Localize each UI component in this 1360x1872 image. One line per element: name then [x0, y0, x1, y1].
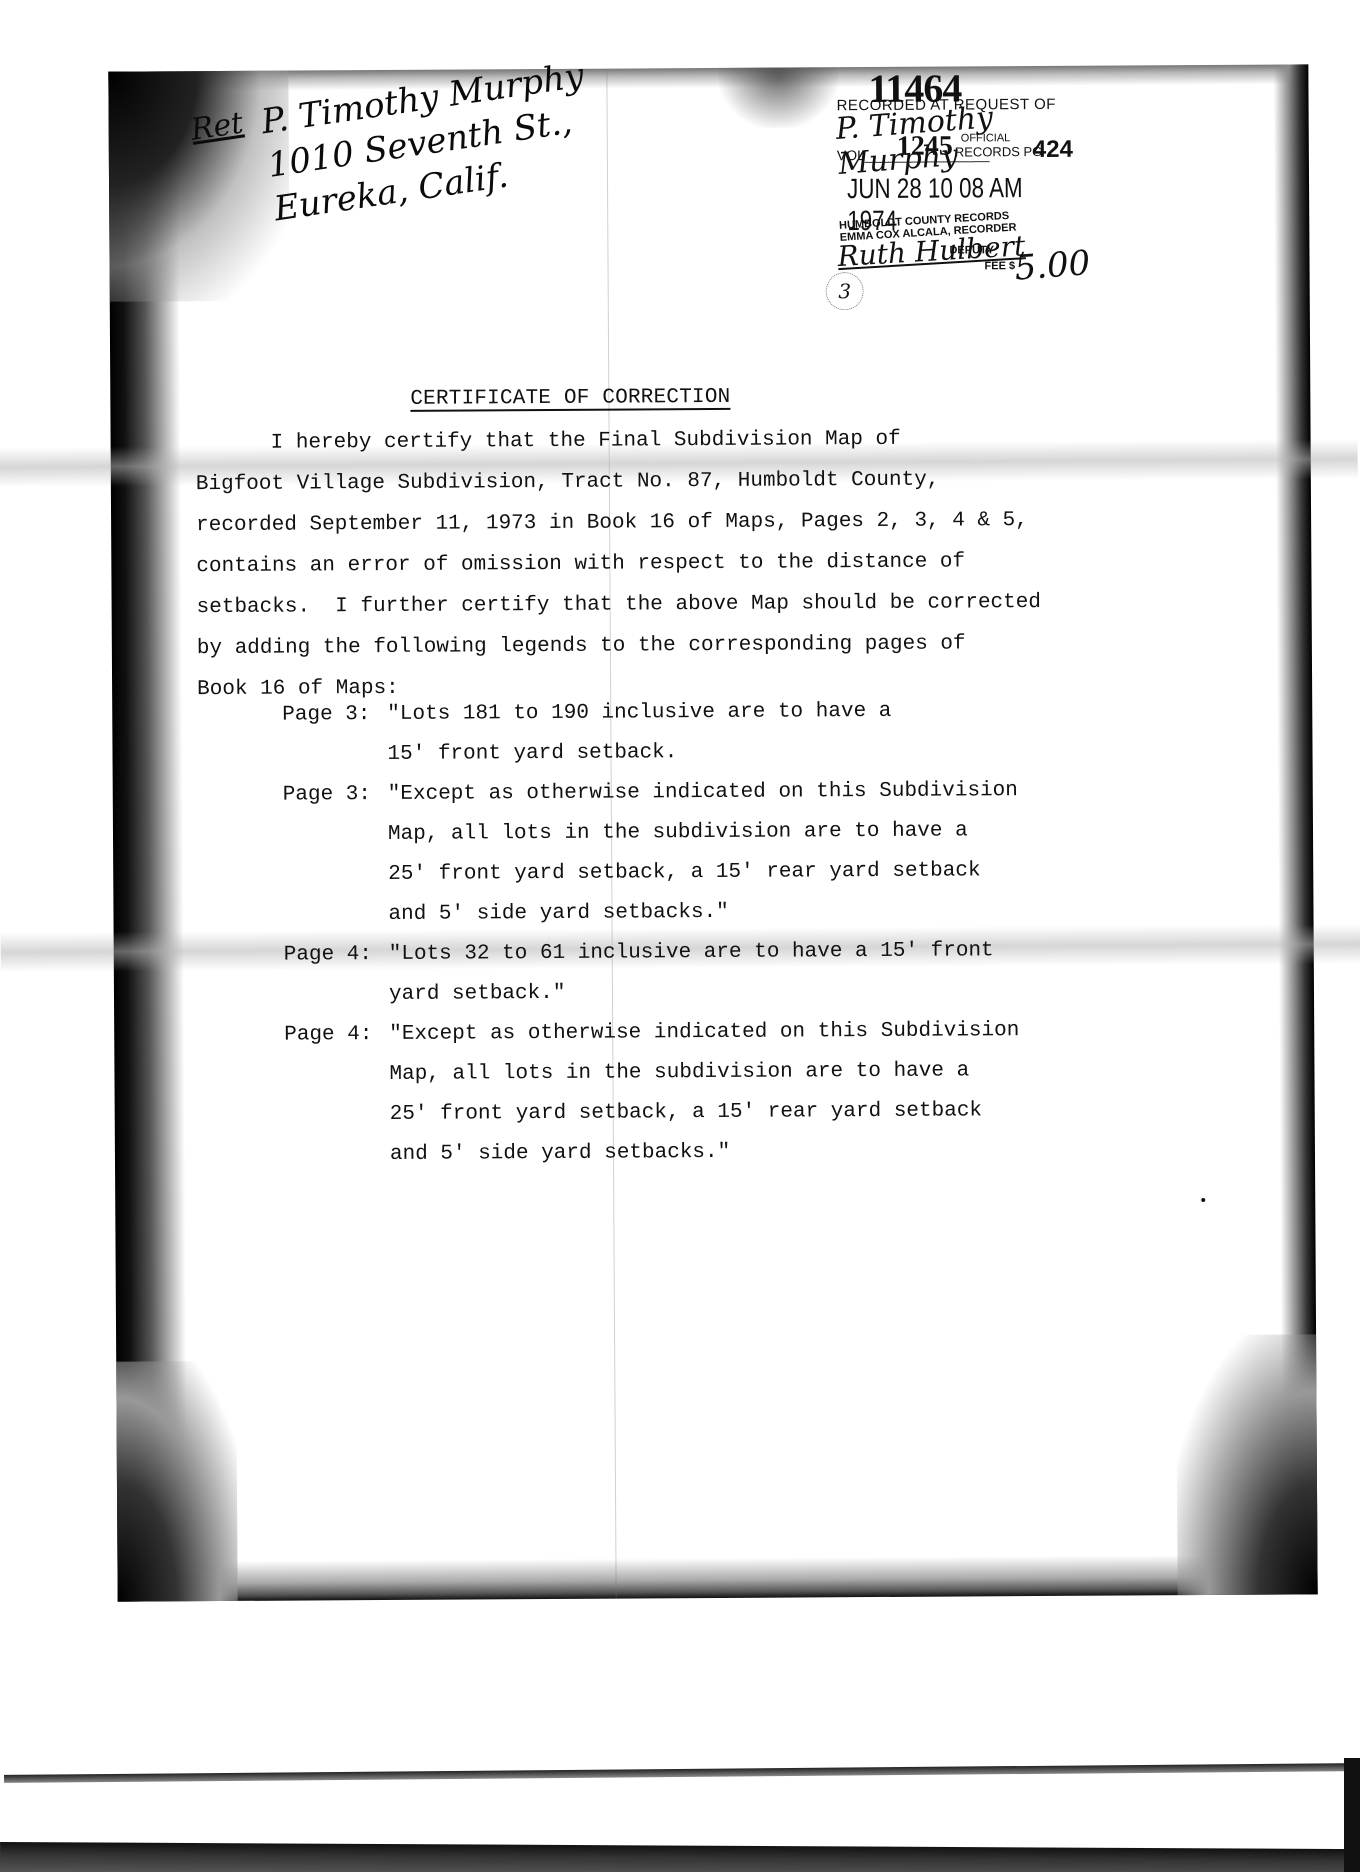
official-label: OFFICIAL — [961, 132, 1011, 144]
legend-line: and 5' side yard setbacks." — [390, 1131, 1105, 1175]
paragraph-line: contains an error of omission with respe… — [196, 541, 1096, 587]
legend-list: Page 3: "Lots 181 to 190 inclusive are t… — [282, 691, 1105, 1176]
recorder-stamp: 11464 RECORDED AT REQUEST OF P. Timothy … — [728, 66, 1090, 328]
legend-text: "Lots 181 to 190 inclusive are to have a… — [387, 691, 1102, 775]
volume-number: 1245 — [897, 131, 953, 163]
legend-line: "Lots 32 to 61 inclusive are to have a 1… — [389, 931, 1104, 975]
legend-item: Page 3: "Lots 181 to 190 inclusive are t… — [282, 691, 1102, 776]
legend-item: Page 4: "Lots 32 to 61 inclusive are to … — [284, 931, 1104, 1016]
legend-line: 25' front yard setback, a 15' rear yard … — [390, 1091, 1105, 1135]
legend-line: yard setback." — [389, 971, 1104, 1015]
legend-line: 25' front yard setback, a 15' rear yard … — [388, 851, 1103, 895]
legend-line: 15' front yard setback. — [387, 731, 1102, 775]
legend-line: and 5' side yard setbacks." — [388, 891, 1103, 935]
records-pg-label: RECORDS PG — [955, 144, 1042, 160]
paragraph-line: Bigfoot Village Subdivision, Tract No. 8… — [196, 459, 1096, 505]
page-number: 424 — [1033, 136, 1073, 164]
paragraph-line: setbacks. I further certify that the abo… — [196, 582, 1096, 628]
fee-amount: 5.00 — [1013, 243, 1092, 289]
scanned-page: Ret P. Timothy Murphy 1010 Seventh St., … — [108, 64, 1317, 1601]
legend-page-label: Page 3: — [282, 695, 387, 776]
paragraph-line: by adding the following legends to the c… — [197, 623, 1097, 669]
deputy-label: DEPUTY — [949, 244, 994, 256]
page-corner-bottom-left — [116, 1361, 237, 1602]
paragraph-line: I hereby certify that the Final Subdivis… — [195, 418, 1095, 464]
page-corner-bottom-right — [1176, 1334, 1318, 1595]
legend-text: "Lots 32 to 61 inclusive are to have a 1… — [389, 931, 1104, 1015]
legend-line: "Except as otherwise indicated on this S… — [388, 771, 1103, 815]
legend-line: "Lots 181 to 190 inclusive are to have a — [387, 691, 1102, 735]
stray-mark — [1201, 1198, 1205, 1202]
legend-item: Page 4: "Except as otherwise indicated o… — [284, 1011, 1105, 1176]
page-edge-bottom — [117, 1554, 1317, 1601]
document-title: CERTIFICATE OF CORRECTION — [410, 386, 730, 411]
certification-paragraph: I hereby certify that the Final Subdivis… — [195, 418, 1097, 710]
legend-text: "Except as otherwise indicated on this S… — [389, 1011, 1105, 1175]
legend-item: Page 3: "Except as otherwise indicated o… — [283, 771, 1104, 936]
legend-page-label: Page 4: — [284, 935, 389, 1016]
legend-page-label: Page 4: — [284, 1015, 390, 1176]
legend-line: Map, all lots in the subdivision are to … — [388, 811, 1103, 855]
legend-line: "Except as otherwise indicated on this S… — [389, 1011, 1104, 1055]
legend-text: "Except as otherwise indicated on this S… — [388, 771, 1104, 935]
circled-page-number: 3 — [826, 272, 864, 310]
paragraph-line: recorded September 11, 1973 in Book 16 o… — [196, 500, 1096, 546]
legend-line: Map, all lots in the subdivision are to … — [389, 1051, 1104, 1095]
scanner-right-edge — [1344, 1758, 1360, 1872]
fee-label: FEE $ — [985, 260, 1016, 272]
underlying-sheet — [0, 1600, 1360, 1872]
legend-page-label: Page 3: — [283, 775, 389, 936]
